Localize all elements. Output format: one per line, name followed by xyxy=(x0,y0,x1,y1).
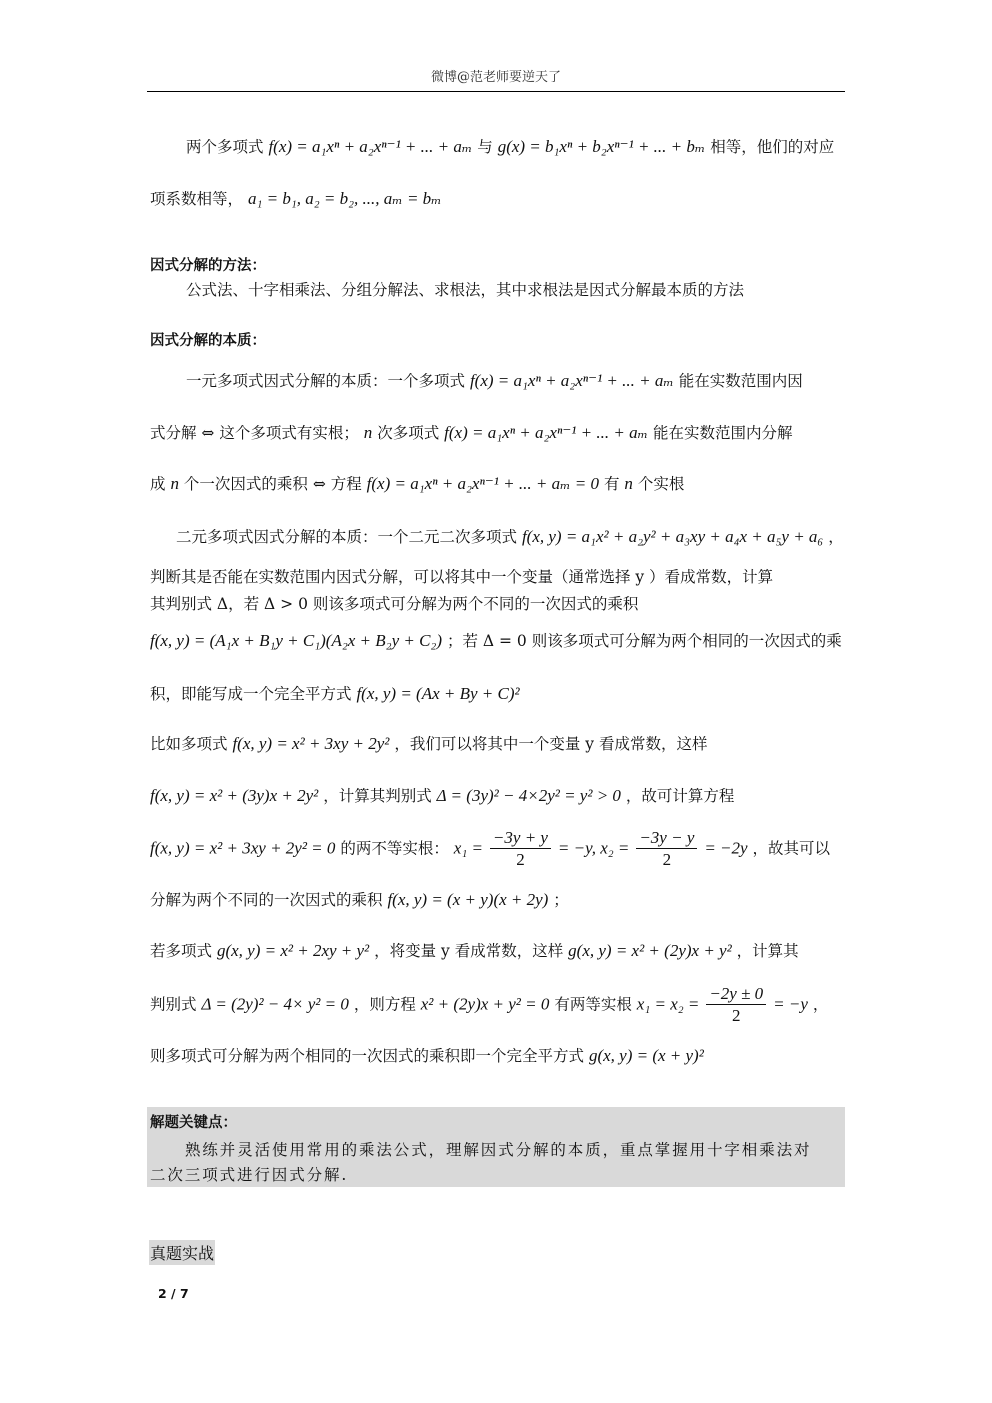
formula: = −y xyxy=(773,995,808,1014)
ex1-line2: f(x, y) = x² + (3y)x + 2y² ，计算其判别式 Δ = (… xyxy=(150,786,734,806)
denominator: 2 xyxy=(706,1005,766,1027)
numerator: −3y + y xyxy=(490,828,551,849)
ex1-line1: 比如多项式 f(x, y) = x² + 3xy + 2y² ，我们可以将其中一… xyxy=(150,734,707,754)
formula: f(x, y) = x² + (3y)x + 2y² xyxy=(150,786,318,805)
page-header: 微博@范老师要逆天了 xyxy=(147,66,845,85)
bi-line2: 判断其是否能在实数范围内因式分解，可以将其中一个变量（通常选择 y ）看成常数，… xyxy=(150,567,773,587)
text: ， xyxy=(828,528,844,546)
uni-line1: 一元多项式因式分解的本质：一个多项式 f(x) = a₁xⁿ + a₂xⁿ⁻¹ … xyxy=(186,371,803,391)
numerator: −2y ± 0 xyxy=(706,984,766,1005)
ex2-line1: 若多项式 g(x, y) = x² + 2xy + y² ，将变量 y 看成常数… xyxy=(150,941,799,961)
var-n: n xyxy=(170,474,179,493)
formula-discriminant: Δ = (2y)² − 4× y² = 0 xyxy=(201,995,348,1014)
text: 两个多项式 xyxy=(186,138,264,156)
text: 相等，他们的对应 xyxy=(710,138,834,156)
bi-line4: f(x, y) = (A₁x + B₁y + C₁)(A₂x + B₂y + C… xyxy=(150,631,842,651)
ex2-line3: 则多项式可分解为两个相同的一次因式的乘积即一个完全平方式 g(x, y) = (… xyxy=(150,1046,704,1066)
text: ； xyxy=(553,891,569,909)
uni-line2: 式分解 ⇔ 这个多项式有实根； n 次多项式 f(x) = a₁xⁿ + a₂x… xyxy=(150,423,792,443)
bi-line1: 二元多项式因式分解的本质：一个二元二次多项式 f(x, y) = a₁x² + … xyxy=(176,527,844,547)
text: 能在实数范围内分解 xyxy=(653,424,793,442)
numerator: −3y − y xyxy=(636,828,697,849)
text: 的两不等实根： xyxy=(340,840,449,858)
essence-title: 因式分解的本质： xyxy=(150,331,266,351)
formula: f(x) = a₁xⁿ + a₂xⁿ⁻¹ + ... + aₘ xyxy=(470,371,674,390)
text: 有两等实根 xyxy=(554,996,632,1014)
formula-discriminant: Δ = (3y)² − 4×2y² = y² > 0 xyxy=(437,786,621,805)
formula: x₁ = xyxy=(454,839,483,858)
text: ，我们可以将其中一个变量 y 看成常数，这样 xyxy=(394,735,707,753)
formula: f(x, y) = a₁x² + a₂y² + a₃xy + a₄x + a₅y… xyxy=(522,527,823,546)
text: ，计算其 xyxy=(737,942,799,960)
ex1-line4: 分解为两个不同的一次因式的乘积 f(x, y) = (x + y)(x + 2y… xyxy=(150,890,569,910)
formula: f(x) = a₁xⁿ + a₂xⁿ⁻¹ + ... + aₘ xyxy=(444,423,648,442)
text: 项系数相等， xyxy=(150,190,243,208)
bi-line3: 其判别式 Δ，若 Δ > 0 则该多项式可分解为两个不同的一次因式的乘积 xyxy=(150,594,638,614)
text: ， xyxy=(813,996,829,1014)
text: ；若 Δ = 0 则该多项式可分解为两个相同的一次因式的乘 xyxy=(447,632,842,650)
text: ，故可计算方程 xyxy=(626,787,735,805)
text: 个实根 xyxy=(638,475,685,493)
formula-g: g(x) = b₁xⁿ + b₂xⁿ⁻¹ + ... + bₘ xyxy=(498,137,706,156)
text: ，则方程 xyxy=(354,996,416,1014)
text: 二元多项式因式分解的本质：一个二元二次多项式 xyxy=(176,528,517,546)
keypoints-line1: 熟练并灵活使用常用的乘法公式，理解因式分解的本质，重点掌握用十字相乘法对 xyxy=(185,1138,811,1160)
formula: g(x, y) = (x + y)² xyxy=(589,1046,704,1065)
var-n: n xyxy=(364,423,373,442)
para1-line2: 项系数相等， a₁ = b₁, a₂ = b₂, ..., aₘ = bₘ xyxy=(150,189,442,209)
keypoints-box: 解题关键点： 熟练并灵活使用常用的乘法公式，理解因式分解的本质，重点掌握用十字相… xyxy=(147,1107,845,1187)
bi-line5: 积，即能写成一个完全平方式 f(x, y) = (Ax + By + C)² xyxy=(150,684,520,704)
denominator: 2 xyxy=(490,849,551,871)
keypoints-line2: 二次三项式进行因式分解. xyxy=(150,1163,348,1185)
methods-text: 公式法、十字相乘法、分组分解法、求根法，其中求根法是因式分解最本质的方法 xyxy=(186,280,744,300)
keypoints-title: 解题关键点： xyxy=(150,1111,237,1132)
page-number: 2 / 7 xyxy=(158,1286,189,1301)
text: 比如多项式 xyxy=(150,735,228,753)
text: 式分解 ⇔ 这个多项式有实根； xyxy=(150,424,359,442)
text: 次多项式 xyxy=(377,424,439,442)
formula: g(x, y) = x² + (2y)x + y² xyxy=(568,941,732,960)
formula: x₁ = x₂ = xyxy=(637,995,700,1014)
text: 则多项式可分解为两个相同的一次因式的乘积即一个完全平方式 xyxy=(150,1047,584,1065)
header-rule xyxy=(147,91,845,92)
formula: f(x, y) = (A₁x + B₁y + C₁)(A₂x + B₂y + C… xyxy=(150,631,442,650)
formula: f(x, y) = (x + y)(x + 2y) xyxy=(387,890,548,909)
para1-line1: 两个多项式 f(x) = a₁xⁿ + a₂xⁿ⁻¹ + ... + aₘ 与 … xyxy=(186,137,834,157)
ex2-line2: 判别式 Δ = (2y)² − 4× y² = 0 ，则方程 x² + (2y)… xyxy=(150,984,828,1027)
section-title: 真题实战 xyxy=(149,1240,215,1265)
formula: f(x) = a₁xⁿ + a₂xⁿ⁻¹ + ... + aₘ = 0 xyxy=(367,474,599,493)
formula: = −2y xyxy=(704,839,747,858)
text: 能在实数范围内因 xyxy=(679,372,803,390)
methods-title: 因式分解的方法： xyxy=(150,256,266,276)
uni-line3: 成 n 个一次因式的乘积 ⇔ 方程 f(x) = a₁xⁿ + a₂xⁿ⁻¹ +… xyxy=(150,474,684,494)
formula: x² + (2y)x + y² = 0 xyxy=(421,995,550,1014)
ex1-line3: f(x, y) = x² + 3xy + 2y² = 0 的两不等实根： x₁ … xyxy=(150,828,830,871)
text: ，将变量 y 看成常数，这样 xyxy=(374,942,563,960)
text: 若多项式 xyxy=(150,942,212,960)
var-n: n xyxy=(624,474,633,493)
text: 成 xyxy=(150,475,166,493)
formula: = −y, x₂ = xyxy=(558,839,629,858)
text: ，计算其判别式 xyxy=(323,787,432,805)
text: 积，即能写成一个完全平方式 xyxy=(150,685,352,703)
text: 分解为两个不同的一次因式的乘积 xyxy=(150,891,383,909)
formula: f(x, y) = (Ax + By + C)² xyxy=(356,684,519,703)
formula-f: f(x) = a₁xⁿ + a₂xⁿ⁻¹ + ... + aₘ xyxy=(268,137,472,156)
fraction-x2: −3y − y 2 xyxy=(636,828,697,871)
text: ，故其可以 xyxy=(753,840,831,858)
formula-coefficients: a₁ = b₁, a₂ = b₂, ..., aₘ = bₘ xyxy=(248,189,442,208)
text: 一元多项式因式分解的本质：一个多项式 xyxy=(186,372,465,390)
fraction-root: −2y ± 0 2 xyxy=(706,984,766,1027)
formula: f(x, y) = x² + 3xy + 2y² xyxy=(232,734,389,753)
text: 个一次因式的乘积 ⇔ 方程 xyxy=(184,475,362,493)
text: 判别式 xyxy=(150,996,197,1014)
fraction-x1: −3y + y 2 xyxy=(490,828,551,871)
formula: f(x, y) = x² + 3xy + 2y² = 0 xyxy=(150,839,335,858)
denominator: 2 xyxy=(636,849,697,871)
formula: g(x, y) = x² + 2xy + y² xyxy=(217,941,369,960)
text: 与 xyxy=(477,138,493,156)
text: 有 xyxy=(604,475,620,493)
